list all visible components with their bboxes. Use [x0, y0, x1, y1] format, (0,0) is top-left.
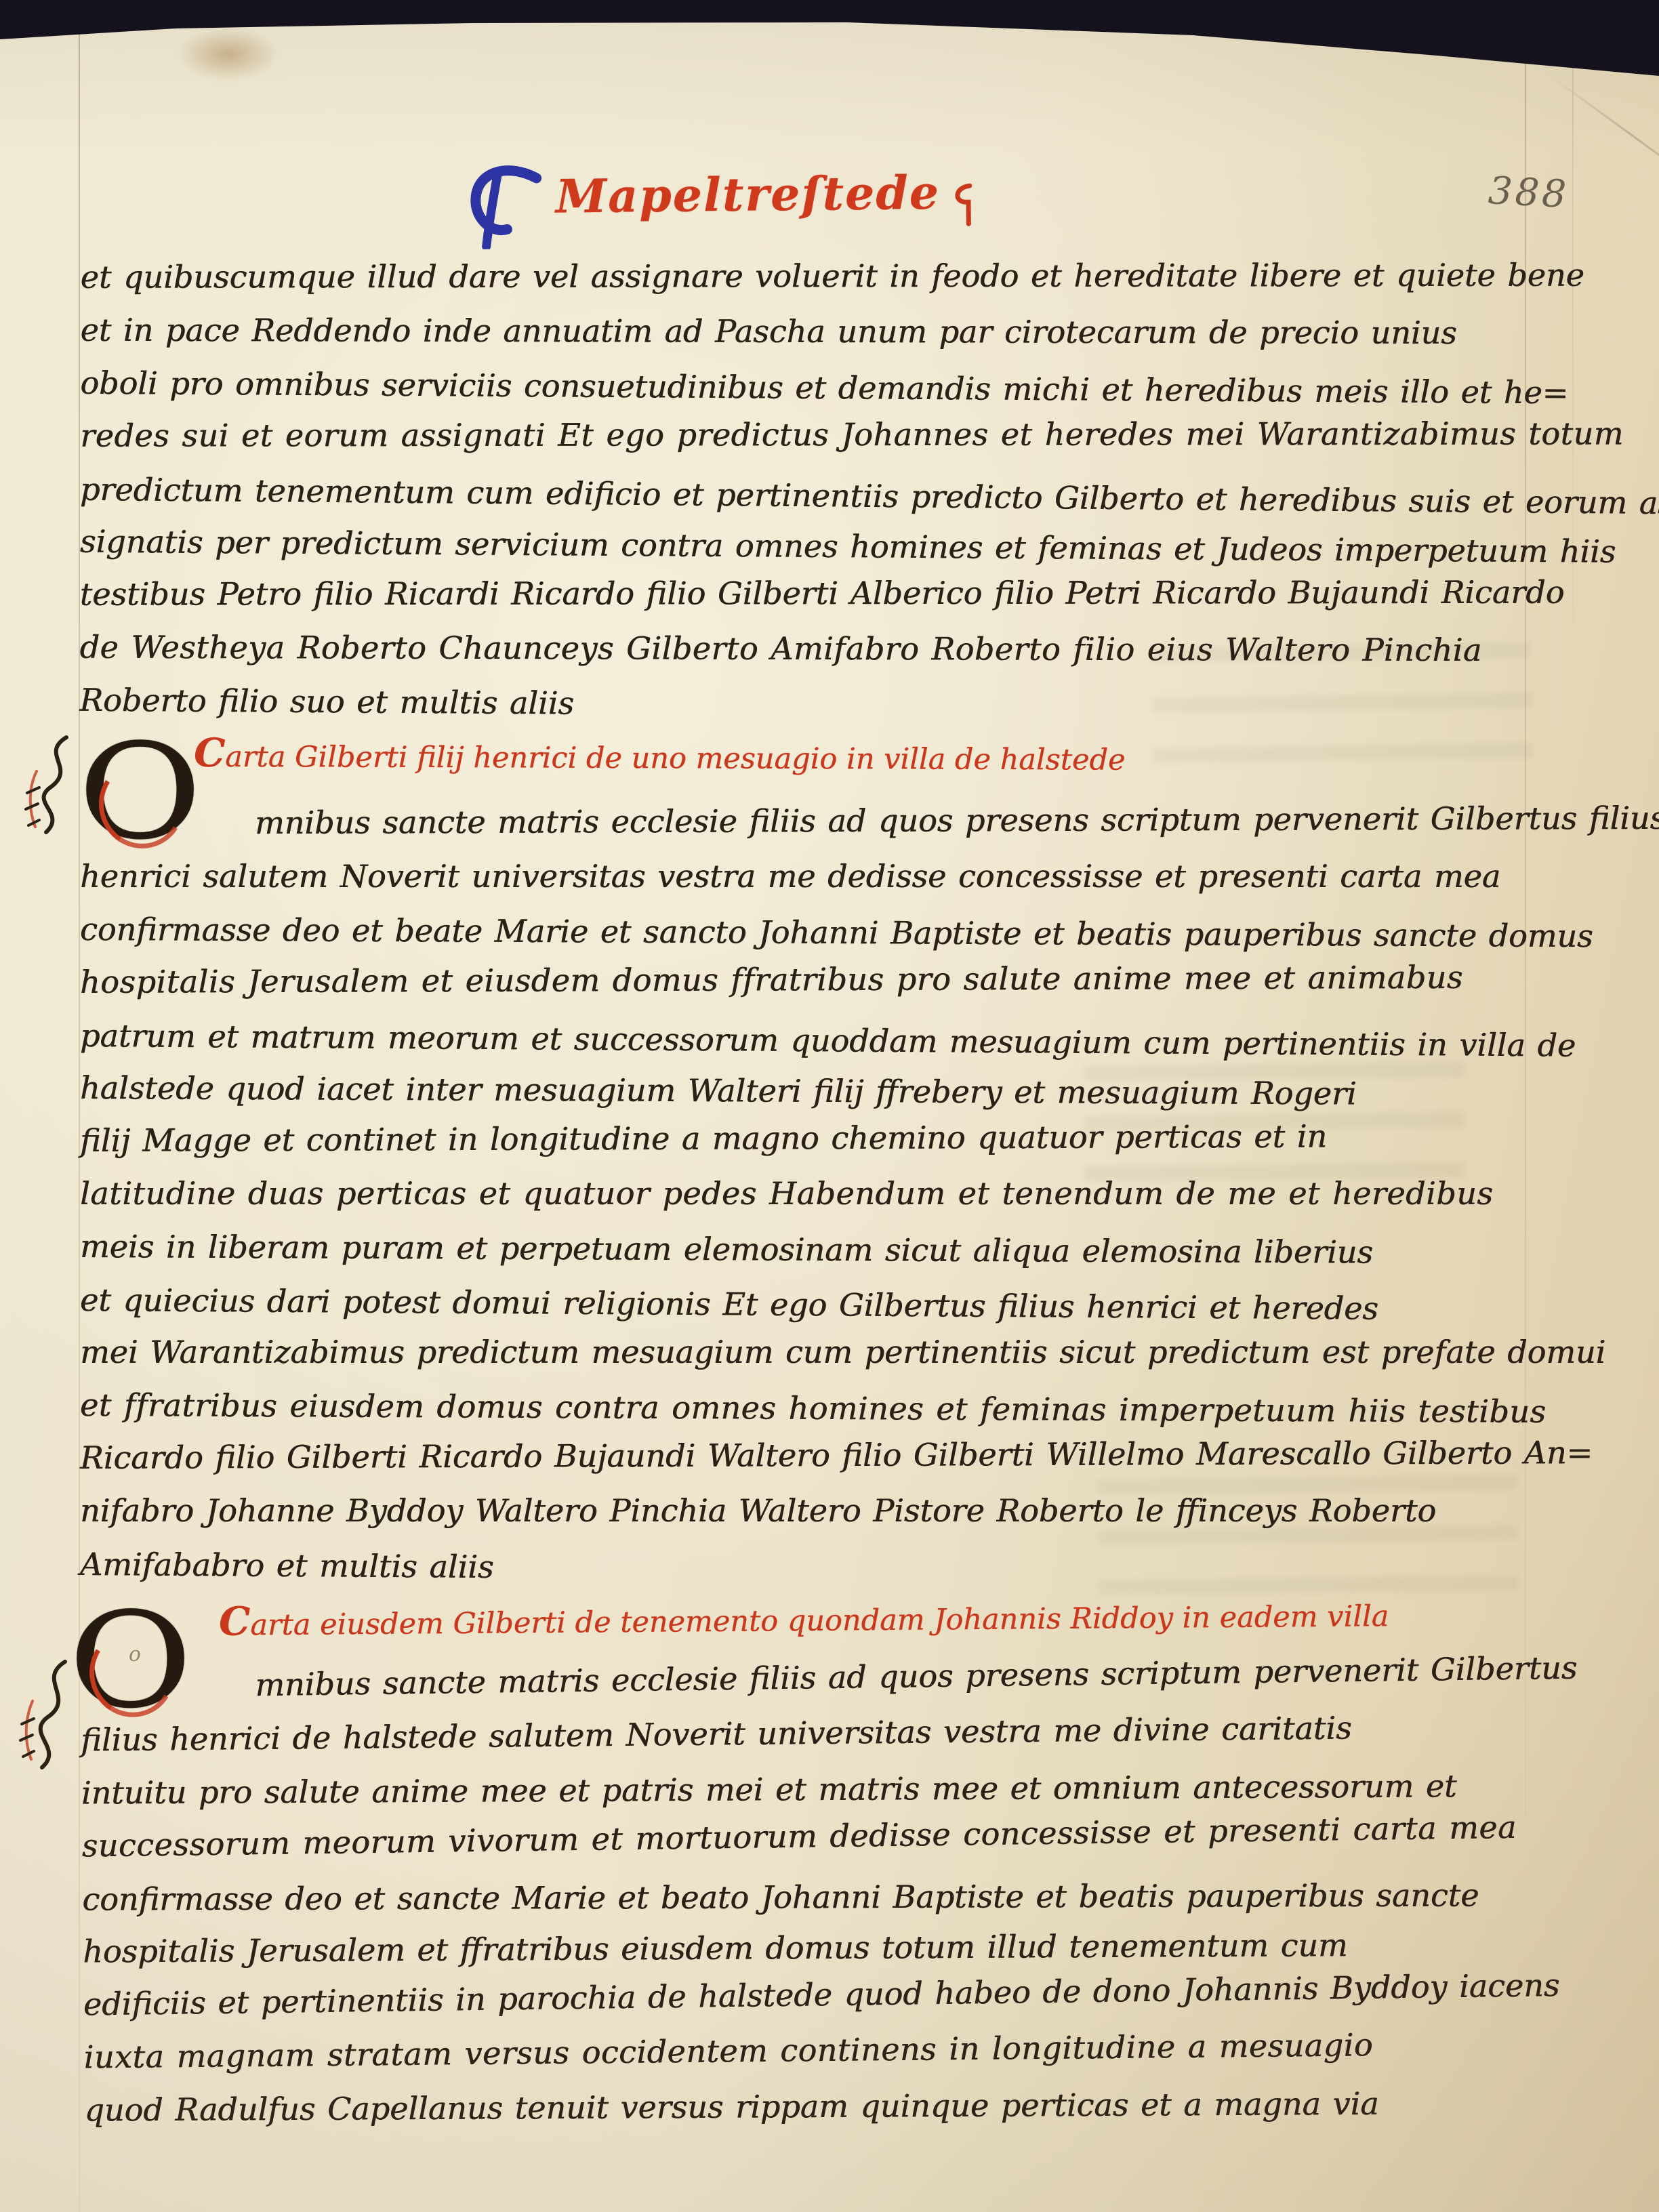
folio-number: 388: [1487, 169, 1570, 217]
text-line: et in pace Reddendo inde annuatim ad Pas…: [80, 304, 1528, 359]
heading-title: Mapeltreſtede: [555, 158, 940, 232]
rubric-2: Carta eiusdem Gilberti de tenemento quon…: [80, 1590, 1528, 1649]
text-line: hospitalis Jerusalem et eiusdem domus ff…: [80, 951, 1528, 1008]
text-line: henrici salutem Noverit universitas vest…: [80, 850, 1528, 903]
text-line: de Westheya Roberto Chaunceys Gilberto A…: [79, 621, 1527, 676]
text-line: et quibuscumque illud dare vel assignare…: [81, 249, 1528, 304]
text-line: Ricardo filio Gilberti Ricardo Bujaundi …: [80, 1427, 1528, 1484]
parchment-stain: [178, 27, 279, 81]
text-line: nifabro Johanne Byddoy Waltero Pinchia W…: [80, 1484, 1528, 1537]
text-line: filij Magge et continet in longitudine a…: [80, 1109, 1528, 1167]
charter-paragraph-1: et quibuscumque illud dare vel assignare…: [79, 251, 1528, 729]
parchment-page: Mapeltreſtede 388: [0, 0, 1659, 2212]
manuscript-photo: Mapeltreſtede 388: [0, 0, 1659, 2212]
text-line: quod Radulfus Capellanus tenuit versus r…: [84, 2076, 1532, 2137]
blue-capitulum-icon: [466, 162, 546, 249]
charter-paragraph-2: O mnibus sancte matris ecclesie filiis a…: [80, 797, 1528, 1590]
charter-paragraph-3: O o mnibus sancte matris ecclesie filiis…: [80, 1647, 1532, 2136]
margin-cadel-icon: [14, 1654, 88, 1789]
text-line: testibus Petro filio Ricardi Ricardo fil…: [80, 566, 1528, 621]
text-line: latitudine duas perticas et quatuor pede…: [80, 1167, 1528, 1220]
rubric-1: Carta Gilberti filij henrici de uno mesu…: [80, 731, 1528, 783]
text-line: mnibus sancte matris ecclesie filiis ad …: [80, 792, 1528, 850]
text-line: redes sui et eorum assignati Et ego pred…: [80, 407, 1528, 462]
red-paraph-icon: [949, 182, 979, 229]
ruling-line-right-outer: [1572, 47, 1574, 712]
text-line: meis in liberam puram et perpetuam elemo…: [80, 1220, 1528, 1279]
text-line: confirmasse deo et sancte Marie et beato…: [82, 1868, 1530, 1925]
text-line: Roberto filio suo et multis aliis: [79, 674, 1527, 736]
page-heading: Mapeltreſtede: [466, 157, 979, 249]
text-block: et quibuscumque illud dare vel assignare…: [80, 252, 1528, 2136]
text-line: et quiecius dari potest domui religionis…: [80, 1273, 1528, 1336]
